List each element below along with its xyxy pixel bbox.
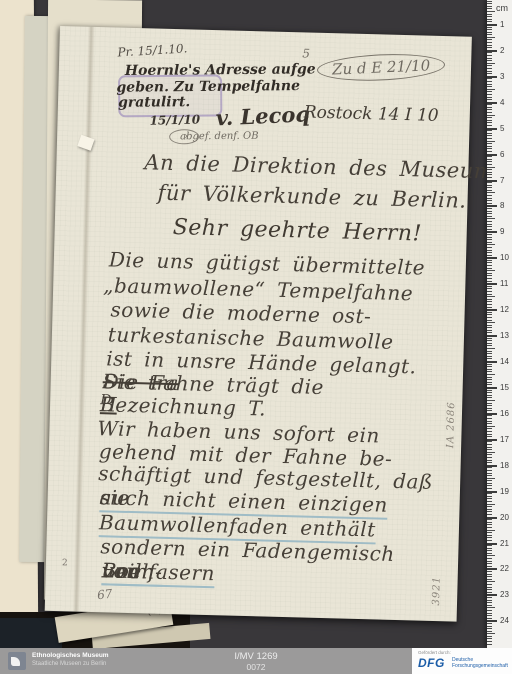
ruler-ticks: 123456789101112131415161718192021222324 [487,0,512,648]
ruler-tick [487,467,492,468]
ruler-tick [487,532,492,533]
ruler-tick [487,120,492,121]
funding-label: Gefördert durch: [418,650,451,655]
ruler-tick [487,566,492,567]
ruler-tick [487,239,492,240]
ruler-tick [487,457,492,458]
ruler-tick [487,42,492,43]
ruler-tick [487,21,492,22]
ruler-tick [487,584,492,585]
ruler-tick [487,32,492,33]
salutation: Sehr geehrte Herrn! [172,215,422,247]
file-reference-circled: Zu d E 21/10 [317,52,446,84]
ruler-tick [487,555,495,556]
address-line: für Völkerkunde zu Berlin. [157,181,466,213]
ruler-tick [487,553,492,554]
ruler-tick [487,262,492,263]
ruler-tick [487,304,492,305]
ruler-tick [487,483,492,484]
ruler-tick [487,135,492,136]
ruler-number: 8 [500,201,504,210]
ruler-tick [487,613,492,614]
ruler-number: 19 [500,487,509,496]
ruler-tick [487,441,492,442]
ruler-tick [487,524,492,525]
ruler-tick [487,255,492,256]
ruler-tick [487,322,495,323]
ruler-tick [487,312,492,313]
response-note-line2: geben. Zu Tempelfahne [116,78,300,96]
ruler-tick [487,397,492,398]
ruler-tick [487,338,492,339]
ruler-tick [487,628,492,629]
ruler-tick [487,141,495,142]
ruler-tick [487,55,492,56]
ruler-tick [487,198,492,199]
ruler-tick [487,234,492,235]
ruler-tick [487,382,492,383]
ruler-tick [487,58,492,59]
ruler-tick [487,460,492,461]
ruler-tick [487,332,492,333]
ruler-number: 17 [500,435,509,444]
ruler-tick [487,151,492,152]
ruler-tick [487,501,492,502]
ruler-tick [487,496,492,497]
ruler-tick [487,478,495,479]
ruler-tick [487,530,495,531]
ruler-tick [487,384,492,385]
ruler-tick [487,278,492,279]
ruler-tick [487,224,492,225]
ruler-tick [487,94,492,95]
ruler-tick [487,218,495,219]
ruler-tick [487,428,492,429]
ruler-tick [487,408,492,409]
ruler-tick [487,589,492,590]
ruler-tick [487,540,492,541]
ruler-tick [487,78,492,79]
ruler-tick [487,242,492,243]
archival-scan-viewport: (4) Pr. 15/1.10. 5 Zu d E 21/10 Hoernle'… [0,0,512,674]
ruler-tick [487,356,492,357]
ruler-tick [487,618,492,619]
ruler-tick [487,340,492,341]
ruler-tick [487,65,492,66]
ruler-tick [487,405,492,406]
ruler-tick [487,143,492,144]
ruler-number: 13 [500,331,509,340]
ruler-tick [487,39,492,40]
ruler-tick [487,418,492,419]
ruler-tick [487,11,495,12]
ruler-tick [487,480,492,481]
ruler-number: 11 [500,279,508,288]
ruler-tick [487,493,492,494]
ruler-tick [487,504,495,505]
ruler-tick [487,587,492,588]
sender-signature: v. Lecoq [215,101,310,130]
dfg-logo: DFG [418,656,445,670]
ruler-tick [487,97,492,98]
ruler-tick [487,1,492,2]
ruler-tick [487,421,492,422]
ruler-tick [487,125,492,126]
ruler-tick [487,229,492,230]
funder-name: Forschungsgemeinschaft [452,663,508,669]
ruler-tick [487,600,492,601]
ruler-tick [487,172,492,173]
ruler-number: 14 [500,357,509,366]
ruler-tick [487,447,492,448]
ruler-tick [487,423,492,424]
ruler-tick [487,452,495,453]
ruler-tick [487,475,492,476]
ruler-tick [487,156,492,157]
ruler-tick [487,400,495,401]
ruler-tick [487,558,492,559]
vertical-inventory-id: IA 2686 [445,401,457,448]
ruler-tick [487,395,492,396]
ruler-tick [487,200,492,201]
ruler-number: 3 [500,72,504,81]
ruler-number: 15 [500,383,509,392]
ruler-tick [487,133,492,134]
ruler-tick [487,237,492,238]
funder-box: Gefördert durch: DFG Deutsche Forschungs… [412,648,512,674]
ruler-tick [487,174,492,175]
response-date: 15/1/10 [149,112,200,127]
ruler-tick [487,519,492,520]
body-line: Bezeichnung T. IID [100,392,112,417]
ruler-tick [487,426,495,427]
ruler-tick [487,633,495,634]
ruler-tick [487,270,495,271]
ruler-tick [487,112,492,113]
ruler-tick [487,71,492,72]
ruler-tick [487,159,492,160]
ruler-number: 5 [500,124,504,133]
ruler-tick [487,16,492,17]
ruler-tick [487,294,492,295]
ruler-tick [487,579,492,580]
pencil-note: 67 [96,587,113,603]
ruler-tick [487,281,492,282]
ruler-tick [487,462,492,463]
ruler-tick [487,52,492,53]
ruler-tick [487,115,495,116]
place-and-date: Rostock 14 I 10 [304,102,439,126]
ruler-tick [487,431,492,432]
ruler-tick [487,644,492,645]
ruler-tick [487,473,492,474]
small-pencil-mark: 2 [62,558,68,568]
received-annotation: Pr. 15/1.10. [117,41,188,59]
ruler-number: 1 [500,20,504,29]
ruler-tick [487,260,492,261]
ruler-tick [487,563,492,564]
ruler-tick [487,286,492,287]
ruler-tick [487,374,495,375]
ruler-tick [487,99,492,100]
ruler-tick [487,187,492,188]
ruler-tick [487,213,492,214]
ruler-tick [487,265,492,266]
ruler-tick [487,195,492,196]
ruler-tick [487,509,492,510]
blue-underlined-text: Boeh- [101,558,162,587]
response-note-line3: gratulirt. [118,94,190,111]
ruler-tick [487,252,492,253]
ruler-tick [487,14,492,15]
ruler-tick [487,327,492,328]
ruler-number: 12 [500,305,509,314]
ruler-tick [487,117,492,118]
ruler-tick [487,169,492,170]
ruler-tick [487,299,492,300]
ruler-tick [487,301,492,302]
ruler-tick [487,574,492,575]
ruler-tick [487,244,495,245]
ruler-tick [487,211,492,212]
viewer-footer: Ethnologisches Museum Staatliche Museen … [0,648,512,674]
ruler-tick [487,561,492,562]
ruler-number: 7 [500,176,504,185]
ruler-tick [487,37,495,38]
ruler-tick [487,226,492,227]
ruler-tick [487,377,492,378]
ruler-tick [487,537,492,538]
ruler-tick [487,410,492,411]
ruler-tick [487,548,492,549]
ruler-tick [487,535,492,536]
ruler-tick [487,148,492,149]
ruler: cm 1234567891011121314151617181920212223… [487,0,512,648]
ruler-tick [487,291,492,292]
ruler-tick [487,581,495,582]
ruler-tick [487,615,492,616]
ruler-tick [487,498,492,499]
ruler-tick [487,203,492,204]
ruler-tick [487,320,492,321]
ruler-tick [487,364,492,365]
ruler-tick [487,390,492,391]
ruler-tick [487,351,492,352]
ruler-tick [487,47,492,48]
bottom-dark-scrap [0,618,62,650]
ruler-tick [487,275,492,276]
vertical-number: 3921 [431,576,443,606]
ruler-number: 4 [500,98,504,107]
address-line: An die Direktion des Museums [144,150,506,183]
ruler-tick [487,571,492,572]
ruler-tick [487,485,492,486]
ruler-tick [487,366,492,367]
ruler-tick [487,221,492,222]
ruler-tick [487,550,492,551]
ruler-tick [487,415,492,416]
ruler-number: 24 [500,616,509,625]
ruler-tick [487,6,492,7]
ruler-tick [487,514,492,515]
ruler-number: 6 [500,150,504,159]
ruler-tick [487,296,495,297]
ruler-number: 21 [500,539,509,548]
ruler-tick [487,73,492,74]
ruler-tick [487,623,492,624]
ruler-tick [487,317,492,318]
ruler-tick [487,454,492,455]
ruler-tick [487,436,492,437]
ruler-tick [487,638,492,639]
ruler-tick [487,576,492,577]
ruler-number: 20 [500,513,509,522]
ruler-tick [487,545,492,546]
ruler-tick [487,343,492,344]
ruler-tick [487,164,492,165]
ruler-tick [487,444,492,445]
ruler-tick [487,8,492,9]
ruler-tick [487,434,492,435]
ruler-tick [487,371,492,372]
ruler-tick [487,607,495,608]
ruler-tick [487,3,492,4]
ruler-number: 10 [500,253,509,262]
ruler-tick [487,605,492,606]
ruler-tick [487,60,492,61]
ruler-tick [487,602,492,603]
letter-page: Pr. 15/1.10. 5 Zu d E 21/10 Hoernle's Ad… [45,26,472,622]
ruler-tick [487,167,495,168]
ruler-tick [487,488,492,489]
ruler-tick [487,27,492,28]
ruler-tick [487,89,495,90]
ruler-tick [487,91,492,92]
ruler-tick [487,86,492,87]
filed-annotation-circled: abgef. denf. OB› [169,129,199,144]
ruler-tick [487,597,492,598]
ruler-tick [487,182,492,183]
ruler-tick [487,247,492,248]
ruler-tick [487,208,492,209]
ruler-tick [487,288,492,289]
response-note-line1: Hoernle's Adresse aufge [125,61,316,79]
ruler-tick [487,185,492,186]
ruler-tick [487,592,492,593]
ruler-tick [487,392,492,393]
ruler-tick [487,104,492,105]
ruler-tick [487,138,492,139]
ruler-tick [487,81,492,82]
ruler-tick [487,470,492,471]
ruler-tick [487,268,492,269]
ruler-tick [487,330,492,331]
ruler-number: 23 [500,590,509,599]
ruler-tick [487,353,492,354]
ruler-tick [487,45,492,46]
ruler-tick [487,19,492,20]
ruler-tick [487,314,492,315]
ruler-tick [487,130,492,131]
ruler-tick [487,109,492,110]
fold-crease [73,27,95,612]
roman-numeral: II [100,392,117,416]
ruler-tick [487,273,492,274]
ruler-number: 16 [500,409,509,418]
ruler-tick [487,307,492,308]
ruler-tick [487,527,492,528]
ruler-tick [487,325,492,326]
ruler-tick [487,190,492,191]
ruler-tick [487,34,492,35]
ruler-number: 18 [500,461,509,470]
ruler-tick [487,192,495,193]
ruler-number: 9 [500,227,504,236]
ruler-tick [487,522,492,523]
ruler-tick [487,626,492,627]
ruler-tick [487,84,492,85]
ruler-tick [487,63,495,64]
ruler-tick [487,358,492,359]
ruler-number: 2 [500,46,504,55]
ruler-tick [487,122,492,123]
ruler-tick [487,403,492,404]
ruler-tick [487,636,492,637]
ruler-tick [487,216,492,217]
sheet-number: 5 [302,46,310,60]
ruler-tick [487,345,492,346]
ruler-tick [487,161,492,162]
ruler-tick [487,511,492,512]
ruler-tick [487,348,495,349]
ruler-tick [487,449,492,450]
ruler-tick [487,369,492,370]
ruler-tick [487,610,492,611]
ruler-tick [487,641,492,642]
ruler-tick [487,506,492,507]
ruler-tick [487,250,492,251]
ruler-tick [487,29,492,30]
ruler-tick [487,379,492,380]
ruler-tick [487,146,492,147]
ruler-tick [487,177,492,178]
ruler-tick [487,107,492,108]
ruler-tick [487,631,492,632]
ruler-tick [487,68,492,69]
ruler-number: 22 [500,564,509,573]
